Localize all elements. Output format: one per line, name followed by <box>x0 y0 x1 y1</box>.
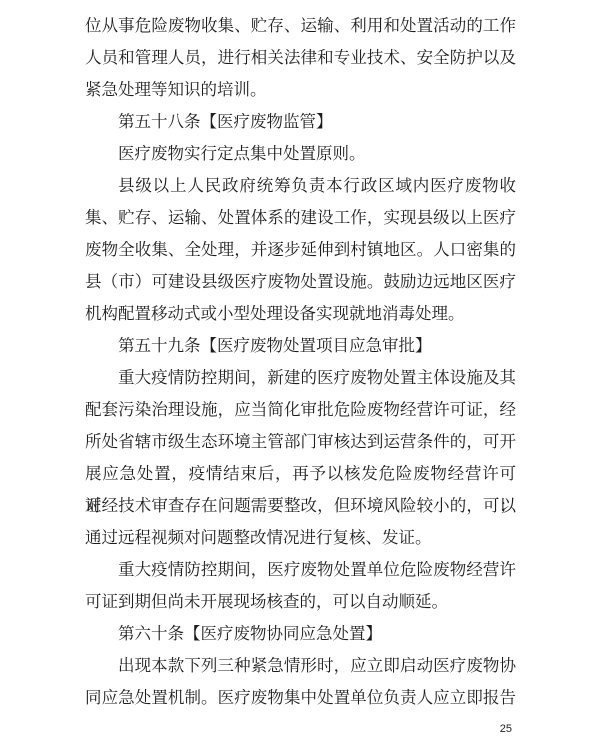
text-line: 县（市）可建设县级医疗废物处置设施。鼓励边远地区医疗 <box>85 266 516 298</box>
text-line: 所处省辖市级生态环境主管部门审核达到运营条件的，可开 <box>85 426 516 458</box>
text-line: 紧急处理等知识的培训。 <box>85 74 516 106</box>
text-line: 集、贮存、运输、处置体系的建设工作，实现县级以上医疗 <box>85 202 516 234</box>
text-line: 展应急处置，疫情结束后，再予以核发危险废物经营许可证； <box>85 458 516 490</box>
text-line: 出现本款下列三种紧急情形时，应立即启动医疗废物协 <box>85 650 516 682</box>
document-page: 位从事危险废物收集、贮存、运输、利用和处置活动的工作 人员和管理人员，进行相关法… <box>0 0 600 744</box>
text-line: 废物全收集、全处理，并逐步延伸到村镇地区。人口密集的 <box>85 234 516 266</box>
text-line: 县级以上人民政府统筹负责本行政区域内医疗废物收 <box>85 170 516 202</box>
section-heading: 第六十条【医疗废物协同应急处置】 <box>85 618 516 650</box>
text-line: 位从事危险废物收集、贮存、运输、利用和处置活动的工作 <box>85 10 516 42</box>
text-line: 对经技术审查存在问题需要整改，但环境风险较小的，可以 <box>85 490 516 522</box>
section-heading: 第五十九条【医疗废物处置项目应急审批】 <box>85 330 516 362</box>
document-body: 位从事危险废物收集、贮存、运输、利用和处置活动的工作 人员和管理人员，进行相关法… <box>85 10 516 714</box>
section-heading: 第五十八条【医疗废物监管】 <box>85 106 516 138</box>
text-line: 配套污染治理设施，应当简化审批危险废物经营许可证，经 <box>85 394 516 426</box>
text-line: 同应急处置机制。医疗废物集中处置单位负责人应立即报告 <box>85 682 516 714</box>
text-line: 医疗废物实行定点集中处置原则。 <box>85 138 516 170</box>
text-line: 机构配置移动式或小型处理设备实现就地消毒处理。 <box>85 298 516 330</box>
text-line: 通过远程视频对问题整改情况进行复核、发证。 <box>85 522 516 554</box>
text-line: 重大疫情防控期间，新建的医疗废物处置主体设施及其 <box>85 362 516 394</box>
text-line: 可证到期但尚未开展现场核查的，可以自动顺延。 <box>85 586 516 618</box>
text-line: 重大疫情防控期间，医疗废物处置单位危险废物经营许 <box>85 554 516 586</box>
text-line: 人员和管理人员，进行相关法律和专业技术、安全防护以及 <box>85 42 516 74</box>
page-number: 25 <box>500 724 512 735</box>
